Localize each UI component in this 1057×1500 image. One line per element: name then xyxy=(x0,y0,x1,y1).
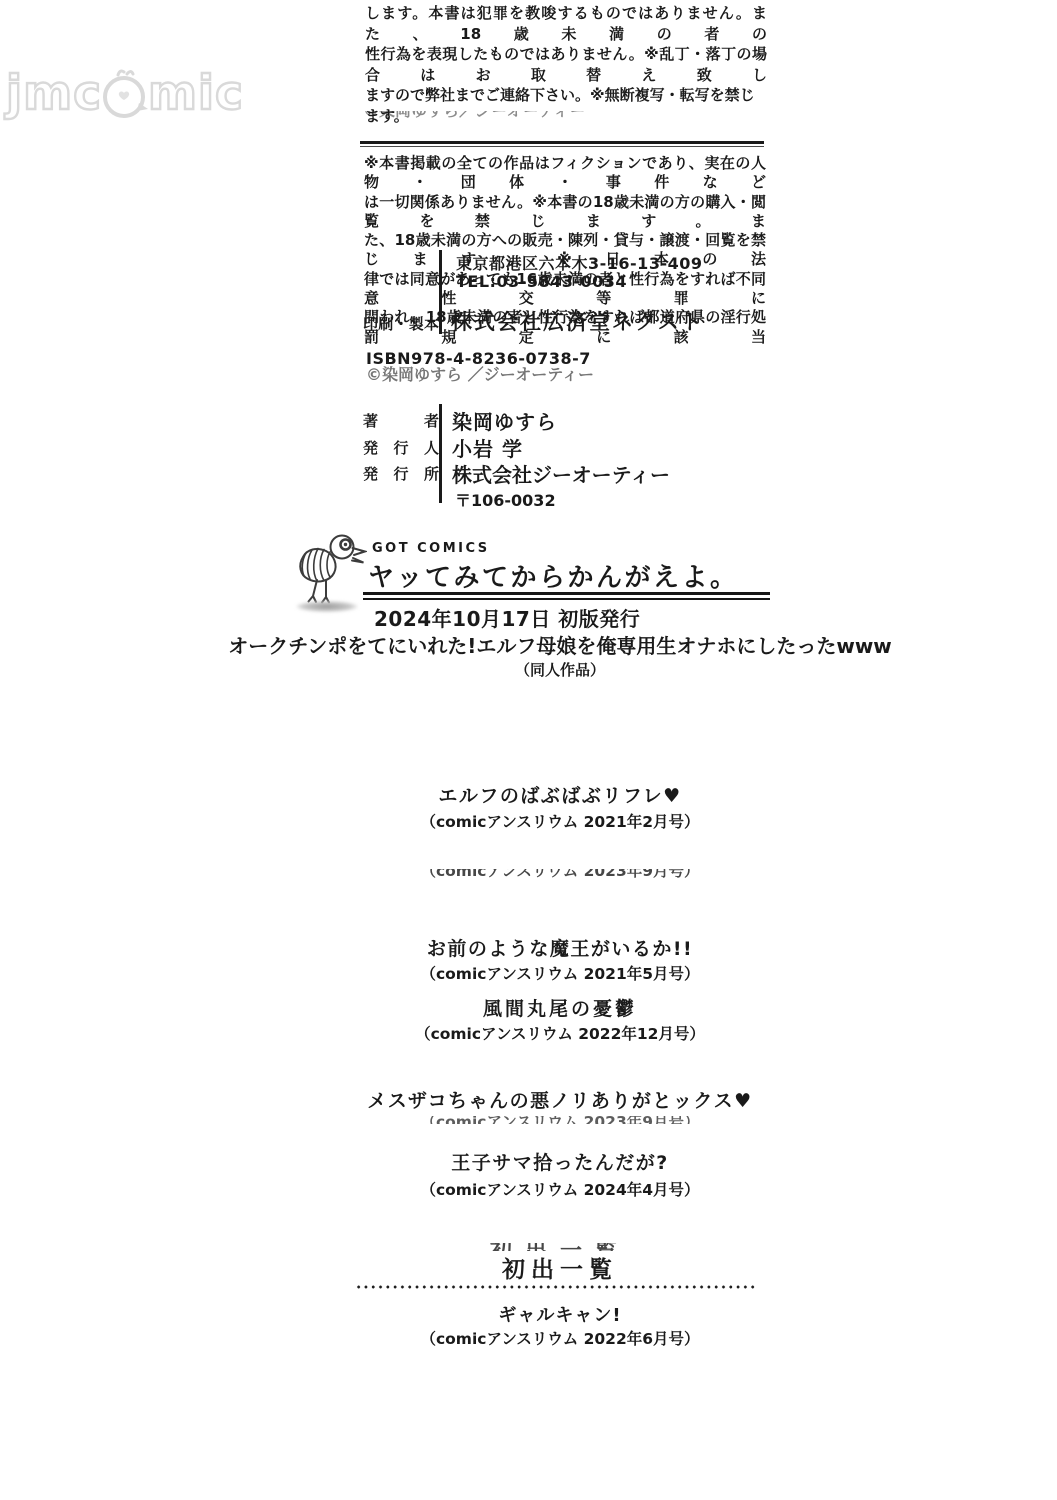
book-title: オークチンポをてにいれた!エルフ母娘を俺専用生オナホにしたったwww xyxy=(228,630,892,659)
ghost-copyright-text: ©染岡ゆすら／ジーオーティー xyxy=(363,111,585,121)
publisher-label: 発行所 xyxy=(363,463,439,484)
entry-title: エルフのばぶばぶリフレ♥ xyxy=(438,781,681,808)
watermark-text-right: mic xyxy=(148,66,244,121)
entry-title: 風間丸尾の憂鬱 xyxy=(483,994,637,1021)
publication-date: 2024年10月17日 初版発行 xyxy=(374,603,640,632)
bird-shadow xyxy=(296,601,358,612)
entry-title: 王子サマ拾ったんだが? xyxy=(451,1148,669,1175)
separator-rule xyxy=(360,141,764,147)
faded-copyright-line: ©染岡ゆすら ／ジーオーティー xyxy=(366,366,594,382)
bird-doodle-icon xyxy=(291,531,367,605)
publisher-name: 株式会社ジーオーティー xyxy=(452,459,670,488)
title-underline-rule xyxy=(363,592,770,600)
copyright-text: ©染岡ゆすら ／ジーオーティー xyxy=(366,366,594,382)
bird-mascot-icon xyxy=(98,67,150,121)
dotted-divider xyxy=(355,1283,758,1289)
issuer-label: 発行人 xyxy=(363,437,439,458)
top-notice: します。本書は犯罪を教唆するものではありません。また、18歳未満の者の 性行為を… xyxy=(365,3,767,126)
entry-title: ギャルキャン! xyxy=(498,1301,621,1327)
disclaimer-line: は一切関係ありません。※本書の18歳未満の方の購入・閲覧を禁じます。ま xyxy=(364,193,766,232)
brand-logo-text: GOT COMICS xyxy=(372,541,490,556)
ghost-heading-fragment: 初出一覧 xyxy=(490,1243,630,1251)
printer-label: 印刷・製本 xyxy=(363,313,439,334)
entry-source: （comicアンスリウム 2021年2月号） xyxy=(420,810,699,832)
entry-source: （comicアンスリウム 2021年5月号） xyxy=(420,962,699,984)
author-name: 染岡ゆすら xyxy=(452,406,557,435)
first-publication-heading: 初出一覧 xyxy=(502,1251,618,1284)
colophon-divider-bar xyxy=(439,250,442,334)
credits-divider-bar xyxy=(439,404,442,503)
entry-source: （comicアンスリウム 2022年12月号） xyxy=(415,1022,705,1044)
heading-text: 初出一覧 xyxy=(490,1243,630,1251)
label-title: ヤッてみてからかんがえよ。 xyxy=(368,557,739,594)
printer-name: 株式会社広済堂ネクスト xyxy=(451,306,704,336)
postal-code: 〒106-0032 xyxy=(455,488,556,511)
ghost-entry-source: （comicアンスリウム 2023年9月号） xyxy=(420,1116,699,1124)
top-notice-line: します。本書は犯罪を教唆するものではありません。また、18歳未満の者の xyxy=(365,3,767,44)
publisher-tel: TEL:03-5843-0034 xyxy=(456,272,627,291)
entry-source: （comicアンスリウム 2023年9月号） xyxy=(420,869,699,881)
entry-title: お前のような魔王がいるか!! xyxy=(427,934,693,961)
watermark-logo: jmc mic xyxy=(6,66,244,121)
publisher-address: 東京都港区六本木3-16-13-409 xyxy=(456,251,703,274)
issuer-name: 小岩 学 xyxy=(452,433,523,462)
top-notice-line: 性行為を表現したものではありません。※乱丁・落丁の場合はお取替え致し xyxy=(365,44,767,85)
colophon-page: します。本書は犯罪を教唆するものではありません。また、18歳未満の者の 性行為を… xyxy=(0,0,1057,1500)
watermark-text-left: jmc xyxy=(6,66,102,121)
entry-source: （comicアンスリウム 2023年9月号） xyxy=(420,1116,699,1124)
disclaimer-line: ※本書掲載の全ての作品はフィクションであり、実在の人物・団体・事件など xyxy=(364,154,766,193)
book-note: （同人作品） xyxy=(515,659,605,680)
entry-source: （comicアンスリウム 2022年6月号） xyxy=(420,1327,699,1349)
ghost-copyright-fragment: ©染岡ゆすら／ジーオーティー xyxy=(363,111,585,124)
entry-title: メスザコちゃんの悪ノリありがとックス♥ xyxy=(367,1086,752,1113)
ghost-entry-source: （comicアンスリウム 2023年9月号） xyxy=(420,869,699,883)
author-label: 著者 xyxy=(363,410,439,431)
entry-source: （comicアンスリウム 2024年4月号） xyxy=(420,1178,699,1200)
